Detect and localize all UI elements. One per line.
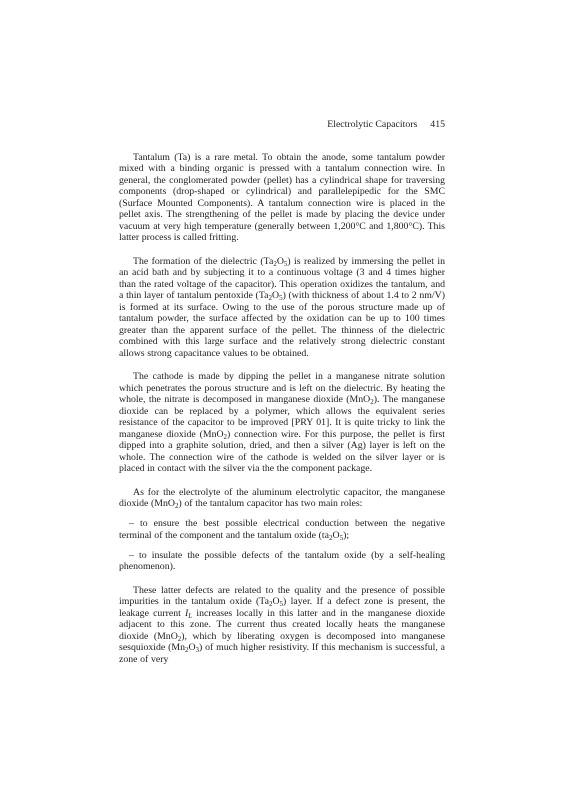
text-run: O (188, 642, 195, 653)
paragraph-cathode: The cathode is made by dipping the pelle… (119, 371, 445, 475)
text-run: O (272, 290, 279, 301)
text-run: – to insulate the possible defects of th… (119, 550, 445, 573)
bullet-conduction: – to ensure the best possible electrical… (119, 518, 445, 541)
text-run: O (333, 530, 340, 541)
paragraph-defects: These latter defects are related to the … (119, 585, 445, 666)
paragraph-electrolyte-roles: As for the electrolyte of the aluminum e… (119, 487, 445, 510)
text-run: – to ensure the best possible electrical… (119, 518, 445, 541)
running-title: Electrolytic Capacitors (327, 119, 417, 131)
book-page: Electrolytic Capacitors 415 Tantalum (Ta… (0, 0, 565, 800)
text-run: O (272, 596, 279, 607)
text-run: O (277, 256, 284, 267)
text-run: Tantalum (Ta) is a rare metal. To obtain… (119, 152, 445, 244)
paragraph-dielectric: The formation of the dielectric (Ta2O5) … (119, 256, 445, 360)
page-number: 415 (430, 119, 445, 131)
running-header: Electrolytic Capacitors 415 (119, 119, 445, 131)
bullet-insulation: – to insulate the possible defects of th… (119, 550, 445, 573)
text-run: ) of the tantalum capacitor has two main… (178, 498, 362, 509)
text-run: The formation of the dielectric (Ta (133, 256, 273, 267)
paragraph-anode: Tantalum (Ta) is a rare metal. To obtain… (119, 152, 445, 244)
page-body: Electrolytic Capacitors 415 Tantalum (Ta… (119, 119, 445, 665)
text-run: ); (343, 530, 349, 541)
